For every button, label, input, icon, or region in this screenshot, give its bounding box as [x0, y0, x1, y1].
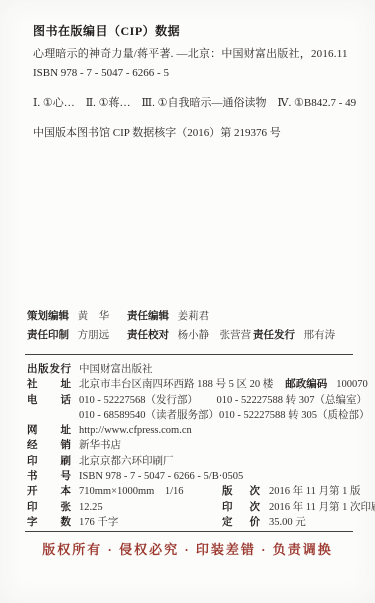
address-row: 社址 北京市丰台区南四环西路 188 号 5 区 20 楼 邮政编码 10007…: [27, 376, 367, 391]
divider-bottom: [25, 531, 353, 532]
postcode-value: 100070: [336, 379, 368, 390]
format-edition-row: 开本 710mm×1000mm 1/16 版次 2016 年 11 月第 1 版: [27, 483, 367, 498]
phone-chief-editor-office: 010 - 52227588 转 307（总编室）: [217, 392, 368, 407]
cip-heading: 图书在版编目（CIP）数据: [33, 22, 357, 39]
address-label: 社址: [27, 376, 71, 391]
impression-label: 印次: [222, 499, 260, 514]
printer-row: 印刷 北京京都六环印刷厂: [27, 453, 367, 468]
edition-value: 2016 年 11 月第 1 版: [269, 483, 361, 498]
phone-row-2: 010 - 68589540（读者服务部） 010 - 52227588 转 3…: [27, 407, 367, 422]
word-count-label: 字数: [27, 514, 71, 529]
cip-classification: Ⅰ. ①心… Ⅱ. ①蒋… Ⅲ. ①自我暗示—通俗读物 Ⅳ. ①B842.7 -…: [33, 95, 357, 112]
staff-planning-editor: 策划编辑 黄 华: [27, 308, 109, 323]
staff-name: 邢有涛: [304, 330, 336, 341]
staff-distribution-manager: 责任发行 邢有涛: [253, 327, 335, 342]
staff-label: 策划编辑: [27, 311, 69, 322]
sheets-impression-row: 印张 12.25 印次 2016 年 11 月第 1 次印刷: [27, 499, 367, 514]
sheets-value: 12.25: [79, 502, 103, 513]
format-value: 710mm×1000mm 1/16: [79, 483, 184, 498]
staff-label: 责任校对: [127, 330, 169, 341]
staff-label: 责任编辑: [127, 311, 169, 322]
format-label: 开本: [27, 483, 71, 498]
distributor-row: 经销 新华书店: [27, 437, 367, 452]
phone-label: 电话: [27, 392, 71, 407]
copyright-notice: 版权所有 · 侵权必究 · 印装差错 · 负责调换: [0, 539, 375, 558]
staff-name: 黄 华: [78, 311, 110, 322]
staff-proofreaders: 责任校对 杨小静 张营营: [127, 327, 251, 342]
wordcount-price-row: 字数 176 千字 定价 35.00 元: [27, 514, 367, 529]
website-value: http://www.cfpress.com.cn: [79, 425, 192, 436]
printer-label: 印刷: [27, 453, 71, 468]
staff-row: 策划编辑 黄 华 责任编辑 姜莉君: [27, 308, 365, 327]
staff-name: 杨小静 张营营: [178, 330, 252, 341]
staff-label: 责任发行: [253, 330, 295, 341]
price-label: 定价: [222, 514, 260, 529]
staff-name: 姜莉君: [178, 311, 210, 322]
address-value: 北京市丰台区南四环西路 188 号 5 区 20 楼: [79, 376, 273, 391]
publisher-label: 出版发行: [27, 361, 71, 376]
edition-label: 版次: [222, 483, 260, 498]
phone-quality-inspection-dept: 010 - 52227588 转 305（质检部）: [219, 407, 370, 422]
divider-top: [25, 354, 353, 355]
book-number-value: ISBN 978 - 7 - 5047 - 6266 - 5/B·0505: [79, 471, 243, 482]
cip-title-line: 心理暗示的神奇力量/蒋平著. —北京：中国财富出版社，2016.11: [33, 46, 357, 63]
word-count-value: 176 千字: [79, 514, 118, 529]
phone-reader-service-dept: 010 - 68589540（读者服务部）: [79, 407, 219, 422]
distributor-label: 经销: [27, 437, 71, 452]
printer-value: 北京京都六环印刷厂: [79, 453, 174, 468]
book-copyright-page: 图书在版编目（CIP）数据 心理暗示的神奇力量/蒋平著. —北京：中国财富出版社…: [0, 0, 375, 603]
distributor-value: 新华书店: [79, 437, 121, 452]
format-cell: 开本 710mm×1000mm 1/16: [27, 483, 222, 498]
phone-distribution-dept: 010 - 52227568（发行部）: [79, 392, 217, 407]
book-number-row: 书号 ISBN 978 - 7 - 5047 - 6266 - 5/B·0505: [27, 468, 367, 483]
publisher-value: 中国财富出版社: [79, 361, 153, 376]
postcode-label: 邮政编码: [285, 376, 327, 391]
word-count-cell: 字数 176 千字: [27, 514, 222, 529]
staff-row: 责任印制 方朋远 责任校对 杨小静 张营营 责任发行 邢有涛: [27, 327, 365, 346]
phone-row-1: 电话 010 - 52227568（发行部） 010 - 52227588 转 …: [27, 392, 367, 407]
staff-print-supervisor: 责任印制 方朋远: [27, 327, 109, 342]
publisher-row: 出版发行 中国财富出版社: [27, 361, 367, 376]
cip-block: 图书在版编目（CIP）数据 心理暗示的神奇力量/蒋平著. —北京：中国财富出版社…: [33, 22, 357, 142]
staff-name: 方朋远: [78, 330, 110, 341]
staff-block: 策划编辑 黄 华 责任编辑 姜莉君 责任印制 方朋远 责任校对 杨小静 张营营 …: [27, 308, 365, 346]
sheets-label: 印张: [27, 499, 71, 514]
impression-value: 2016 年 11 月第 1 次印刷: [269, 499, 375, 514]
staff-label: 责任印制: [27, 330, 69, 341]
staff-responsible-editor: 责任编辑 姜莉君: [127, 308, 209, 323]
book-number-label: 书号: [27, 468, 71, 483]
price-value: 35.00 元: [269, 514, 306, 529]
website-label: 网址: [27, 422, 71, 437]
cip-record-number: 中国版本图书馆 CIP 数据核字（2016）第 219376 号: [33, 125, 357, 142]
publication-info-block: 出版发行 中国财富出版社 社址 北京市丰台区南四环西路 188 号 5 区 20…: [27, 361, 367, 529]
website-row: 网址 http://www.cfpress.com.cn: [27, 422, 367, 437]
cip-isbn: ISBN 978 - 7 - 5047 - 6266 - 5: [33, 65, 357, 82]
sheets-cell: 印张 12.25: [27, 499, 222, 514]
